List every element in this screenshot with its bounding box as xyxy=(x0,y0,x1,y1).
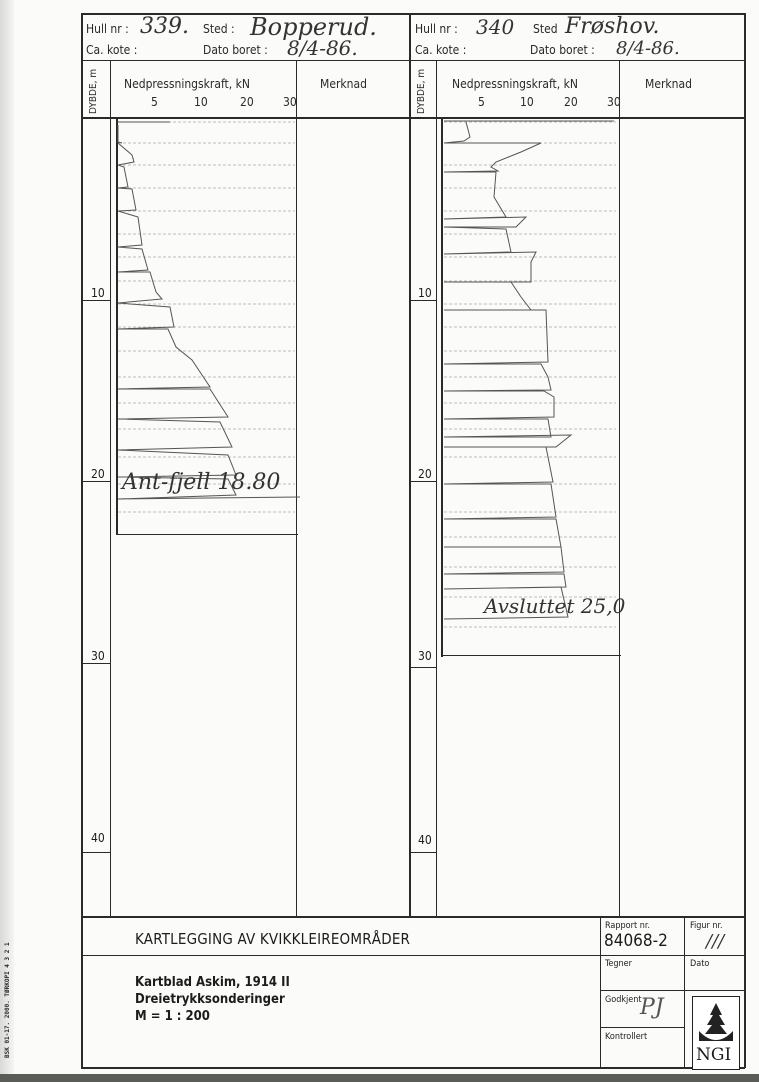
depth-mark-20: 20 xyxy=(418,467,432,481)
force-header: Nedpressningskraft, kN xyxy=(124,77,250,91)
force-tick-30: 30 xyxy=(283,95,297,109)
force-tick-10: 10 xyxy=(194,95,208,109)
dato-label: Dato boret : xyxy=(530,43,595,57)
sted-label: Sted xyxy=(533,22,558,36)
force-tick-20: 20 xyxy=(564,95,578,109)
depth-mark-30: 30 xyxy=(91,649,105,663)
force-tick-30: 30 xyxy=(607,95,621,109)
kote-label: Ca. kote : xyxy=(86,43,137,57)
rapport-nr: 84068-2 xyxy=(604,931,668,951)
ngi-text: NGI xyxy=(696,1045,731,1065)
ngi-logo: NGI xyxy=(692,996,740,1070)
end-annotation: Avsluttet 25,0 xyxy=(484,594,625,618)
tree-icon xyxy=(693,1001,739,1041)
kote-label: Ca. kote : xyxy=(415,43,466,57)
project-title: KARTLEGGING AV KVIKKLEIREOMRÅDER xyxy=(135,930,410,948)
dato-value: 8/4-86. xyxy=(616,38,680,59)
scale: M = 1 : 200 xyxy=(135,1009,210,1024)
depth-mark-10: 10 xyxy=(91,286,105,300)
force-tick-5: 5 xyxy=(478,95,485,109)
godkjent-signature: PJ xyxy=(640,995,664,1020)
rapport-label: Rapport nr. xyxy=(605,921,650,931)
end-annotation: Ant-fjell 18.80 xyxy=(122,470,280,495)
depth-mark-20: 20 xyxy=(91,467,105,481)
merknad-header: Merknad xyxy=(320,77,367,91)
force-tick-20: 20 xyxy=(240,95,254,109)
hull-nr-value: 339. xyxy=(140,14,189,39)
merknad-header: Merknad xyxy=(645,77,692,91)
sted-value: Frøshov. xyxy=(565,14,660,39)
scan-edge-shadow xyxy=(0,0,14,1074)
tegner-label: Tegner xyxy=(605,959,632,969)
dato-label: Dato boret : xyxy=(203,43,268,57)
dato-label: Dato xyxy=(690,959,709,969)
sted-label: Sted : xyxy=(203,22,235,36)
depth-mark-40: 40 xyxy=(91,831,105,845)
depth-mark-10: 10 xyxy=(418,286,432,300)
method: Dreietrykksonderinger xyxy=(135,992,285,1007)
map-sheet: Kartblad Askim, 1914 II xyxy=(135,975,290,990)
force-header: Nedpressningskraft, kN xyxy=(452,77,578,91)
figur-nr: /// xyxy=(706,931,724,952)
depth-axis-label: DYBDE, m xyxy=(416,69,427,114)
depth-axis-label: DYBDE, m xyxy=(88,69,99,114)
hull-nr-value: 340 xyxy=(476,15,514,39)
depth-mark-30: 30 xyxy=(418,649,432,663)
force-tick-5: 5 xyxy=(151,95,158,109)
hull-nr-label: Hull nr : xyxy=(415,22,458,36)
depth-mark-40: 40 xyxy=(418,833,432,847)
scanner-bottom-bar xyxy=(0,1074,759,1082)
kontrollert-label: Kontrollert xyxy=(605,1032,647,1042)
dato-value: 8/4-86. xyxy=(287,36,358,60)
hull-nr-label: Hull nr : xyxy=(86,22,129,36)
godkjent-label: Godkjent xyxy=(605,995,642,1005)
sounding-curve-340 xyxy=(436,117,621,657)
side-print-code: BSK 01-17. 2000. TØRKOPI 4 3 2 1 xyxy=(4,942,11,1058)
force-tick-10: 10 xyxy=(520,95,534,109)
figur-label: Figur nr. xyxy=(690,921,723,931)
